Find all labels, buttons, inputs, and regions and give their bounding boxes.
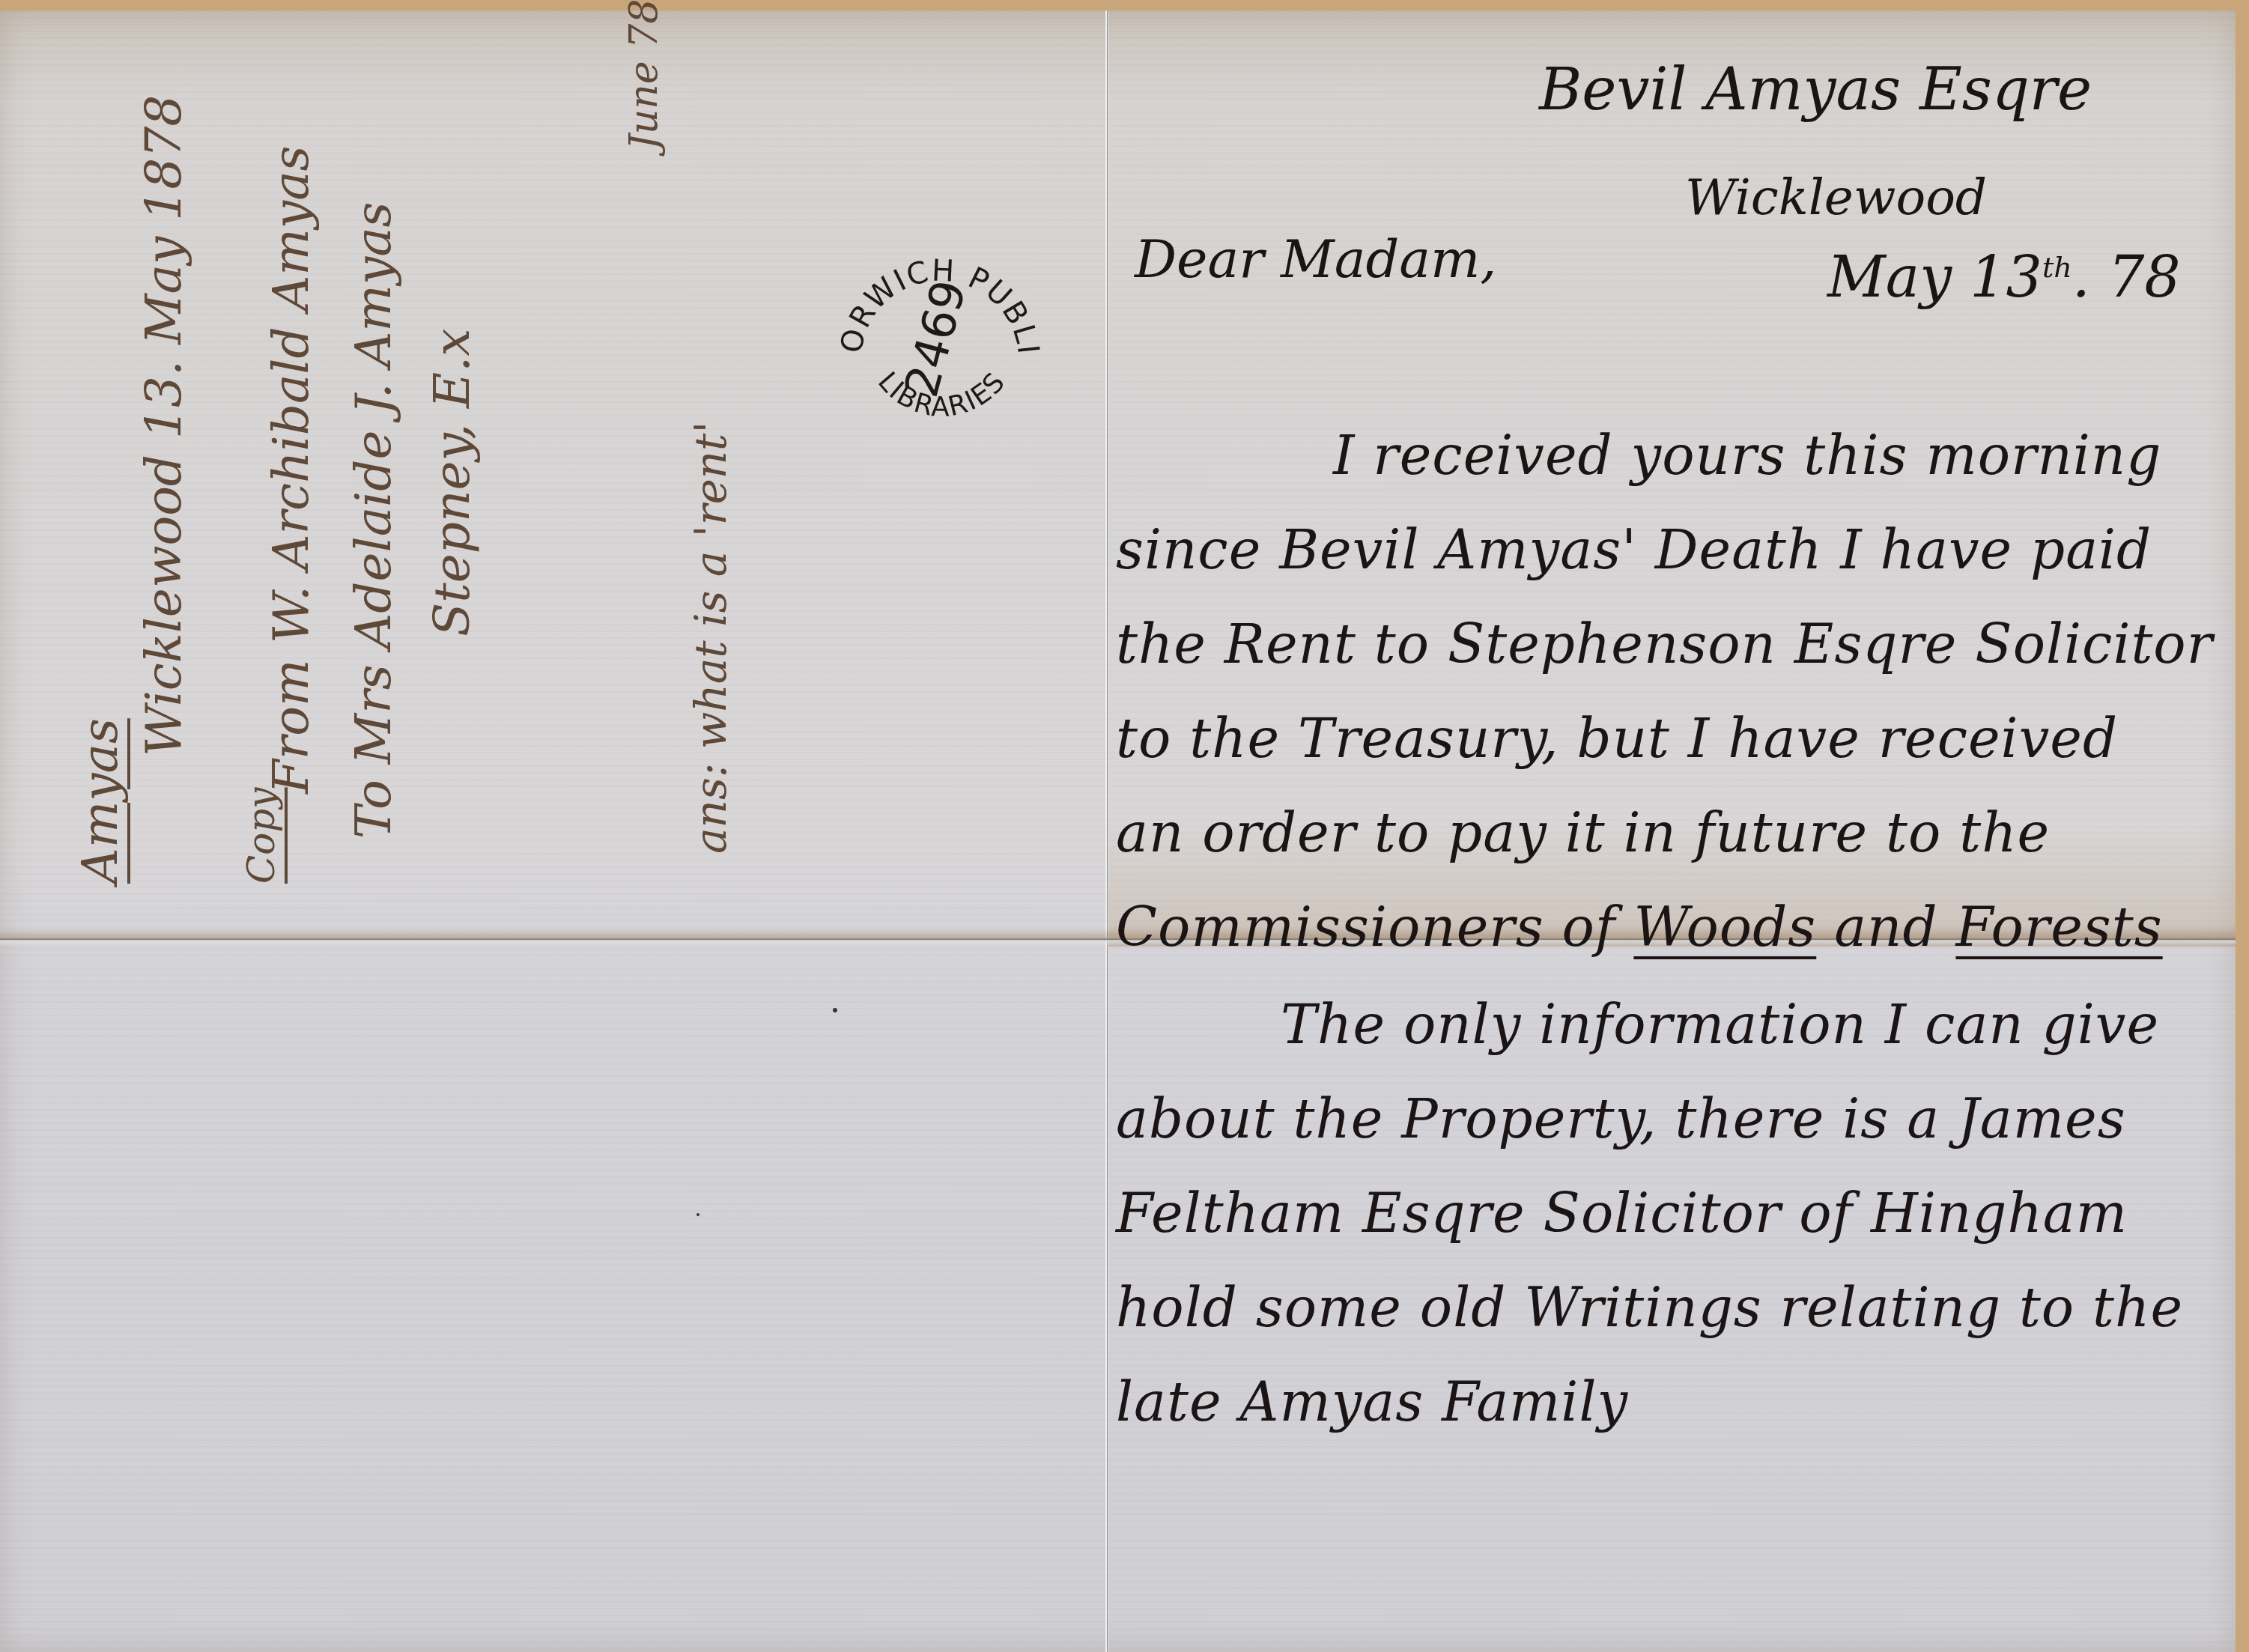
body-line: Feltham Esqre Solicitor of Hingham (1116, 1166, 2224, 1260)
body-line: I received yours this morning (1116, 408, 2224, 502)
stamp-seal-icon: NORWICH PUBLIC LIBRARIES 2469 (831, 228, 1048, 438)
docket-copy-mark: Copy (240, 787, 283, 884)
docket-surname: Amyas (71, 718, 129, 884)
docket-address: Stepney, E.x (423, 329, 481, 637)
body-line: about the Property, there is a James (1116, 1072, 2224, 1166)
letter-place: Wicklewood (1685, 168, 1987, 226)
docket-from: From W. Archibald Amyas (262, 146, 320, 794)
margin-note: ans: what is a 'rent' (685, 422, 736, 854)
body-line: an order to pay it in future to the (1116, 786, 2224, 880)
date-month-day: May 13 (1827, 243, 2042, 310)
date-ordinal: th (2042, 251, 2072, 284)
body-line: to the Treasury, but I have received (1116, 691, 2224, 786)
underlined-woods: Woods (1633, 896, 1816, 959)
docket-place-date: Wicklewood 13. May 1878 (135, 95, 192, 756)
word-and: and (1834, 896, 1937, 959)
body-line: The only information I can give (1116, 977, 2224, 1072)
letter-date: May 13th. 78 (1827, 243, 2181, 310)
body-line: since Bevil Amyas' Death I have paid (1116, 502, 2224, 597)
date-year: . 78 (2072, 243, 2181, 310)
margin-note-date: June 78 (622, 0, 667, 150)
body-line-commissioners: Commissioners of Woods and Forests (1116, 880, 2224, 974)
body-line: the Rent to Stephenson Esqre Solicitor (1116, 597, 2224, 691)
library-stamp: NORWICH PUBLIC LIBRARIES 2469 (831, 228, 1048, 438)
ink-speck (833, 1008, 837, 1012)
letter-body: I received yours this morning since Bevi… (1116, 408, 2224, 1449)
body-line: late Amyas Family (1116, 1355, 2224, 1449)
vertical-fold-line (1105, 10, 1108, 1652)
addressee-header: Bevil Amyas Esqre (1539, 56, 2092, 124)
ink-speck (696, 1213, 699, 1216)
body-line: hold some old Writings relating to the (1116, 1260, 2224, 1355)
underlined-forests: Forests (1955, 896, 2162, 959)
commissioners-of: Commissioners of (1116, 896, 1616, 959)
salutation: Dear Madam, (1135, 228, 1497, 290)
docket-to: To Mrs Adelaide J. Amyas (345, 202, 402, 839)
